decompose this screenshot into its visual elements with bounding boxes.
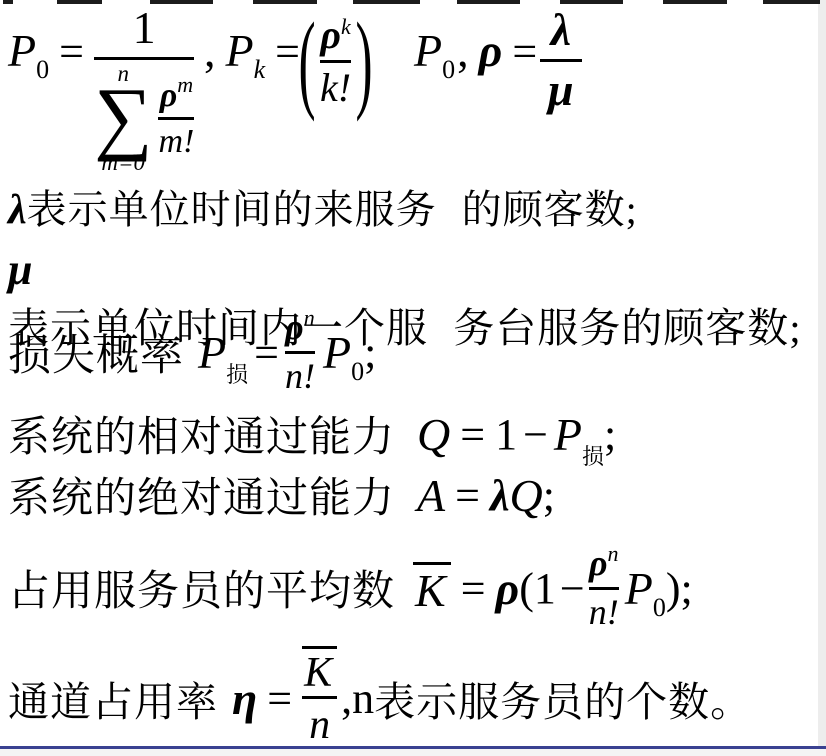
paren-numerator: ρk xyxy=(320,12,350,58)
right-edge-strip xyxy=(818,0,826,756)
artifact-dash xyxy=(353,0,420,4)
definition-text: 表示单位时间的来服务 的顾客数; xyxy=(27,187,638,232)
var-n-roman: n xyxy=(352,673,374,724)
sup-n: n xyxy=(304,305,315,330)
equals: = xyxy=(455,470,480,521)
var-eta: η xyxy=(232,672,257,725)
bottom-margin-strip xyxy=(0,749,826,756)
p-loss: P损 xyxy=(554,408,604,461)
open-paren-one: (1 xyxy=(519,563,556,614)
fraction-bar xyxy=(285,351,315,354)
fraction-bar xyxy=(158,117,194,120)
number-one: 1 xyxy=(495,409,517,460)
sub-0: 0 xyxy=(351,357,364,386)
var-mu: μ xyxy=(540,64,582,117)
equals: = xyxy=(460,409,485,460)
denominator: n! xyxy=(589,592,619,633)
comma: , xyxy=(341,673,352,724)
label: 系统的绝对通过能力 xyxy=(8,465,395,525)
var-rho: ρ xyxy=(496,562,520,615)
comma: , xyxy=(457,25,469,76)
sub-loss: 损 xyxy=(226,362,248,387)
formula-absolute-throughput: 系统的绝对通过能力 A = λ Q ; xyxy=(8,470,555,520)
artifact-dash xyxy=(3,0,13,4)
formula-mean-busy-servers: 占用服务员的平均数 K = ρ (1 − ρn n! P0 ); xyxy=(8,540,693,636)
formula-p0-pk-rho: P0= 1 n ∑ m=0 ρm m! ,Pk= ( xyxy=(0,0,826,166)
formula-channel-utilization: 通道占用率 η = K n , n 表示服务员的个数。 xyxy=(8,648,752,748)
var-A: A xyxy=(417,469,445,522)
var-rho: ρ xyxy=(160,77,178,114)
label: 通道占用率 xyxy=(8,669,218,728)
fraction-bar xyxy=(302,696,337,699)
minus-sign: − xyxy=(560,563,585,614)
lambda-mu-fraction: λ μ xyxy=(540,4,582,117)
var-P: P xyxy=(323,327,351,378)
sup-m: m xyxy=(177,72,193,97)
equals: = xyxy=(512,27,537,76)
label: 系统的相对通过能力 xyxy=(8,404,395,464)
var-P: P xyxy=(198,327,226,378)
fraction-bar xyxy=(589,587,619,590)
main-fraction: 1 n ∑ m=0 ρm m! xyxy=(94,2,194,174)
var-P: P xyxy=(554,409,582,460)
semicolon: ; xyxy=(604,409,616,460)
artifact-dash xyxy=(150,0,213,4)
k-bar: K xyxy=(302,646,337,694)
var-rho: ρ xyxy=(479,25,503,76)
paren-group: ( ρk k! ) xyxy=(298,6,373,116)
formula-loss-probability: 损失概率 P损 = ρn n! P0 ; xyxy=(8,306,376,398)
denominator: n! xyxy=(285,356,315,397)
sub-loss: 损 xyxy=(582,444,604,469)
var-lambda: λ xyxy=(490,470,510,521)
label: 损失概率 xyxy=(8,322,184,383)
artifact-dash xyxy=(663,0,727,4)
sub-0: 0 xyxy=(653,593,666,622)
var-K: K xyxy=(304,650,332,696)
var-P: P xyxy=(226,25,254,76)
inner-numerator: ρm xyxy=(160,76,193,115)
summation: n ∑ m=0 xyxy=(94,62,152,174)
sup-n: n xyxy=(607,541,618,566)
var-Q: Q xyxy=(417,408,450,461)
k-bar: K xyxy=(413,562,451,614)
artifact-dash xyxy=(560,0,623,4)
artifact-dash xyxy=(57,0,102,4)
fraction-bar xyxy=(320,60,351,63)
fraction-numerator: 1 xyxy=(133,2,156,55)
sub-k: k xyxy=(254,55,266,84)
rho-n-fraction: ρn n! xyxy=(589,543,619,633)
semicolon: ; xyxy=(543,470,555,521)
var-lambda: λ xyxy=(8,187,27,233)
var-rho: ρ xyxy=(285,307,304,347)
equals: = xyxy=(59,27,84,76)
tail-text: 表示服务员的个数。 xyxy=(374,669,752,728)
equals: = xyxy=(267,673,292,724)
var-lambda: λ xyxy=(543,4,579,57)
fraction-bar xyxy=(94,57,194,60)
var-P: P xyxy=(8,25,36,76)
left-paren: ( xyxy=(298,6,315,117)
pk-lhs: ,Pk= xyxy=(204,24,310,77)
k-over-n-fraction: K n xyxy=(302,646,337,749)
sub-0: 0 xyxy=(442,55,455,84)
inner-fraction: ρm m! xyxy=(158,76,194,161)
lambda-definition: λ表示单位时间的来服务 的顾客数; xyxy=(8,178,638,235)
minus-sign: − xyxy=(523,409,548,460)
fraction-bar xyxy=(540,59,582,62)
paren-fraction: ρk k! xyxy=(320,12,351,111)
rho-n-fraction: ρn n! xyxy=(285,307,315,397)
inner-denominator: m! xyxy=(158,122,194,161)
sub-0: 0 xyxy=(36,55,49,84)
p0: P0 xyxy=(323,326,364,379)
sup-k: k xyxy=(341,14,351,39)
label: 占用服务员的平均数 xyxy=(8,558,395,618)
equals: = xyxy=(254,327,279,378)
var-K: K xyxy=(415,565,446,616)
var-Q: Q xyxy=(509,469,542,522)
numerator: ρn xyxy=(589,543,619,584)
artifact-dash xyxy=(457,0,520,4)
p0: P0 xyxy=(625,562,666,615)
var-mu: μ xyxy=(8,245,32,294)
var-n: n xyxy=(309,701,330,749)
fraction-denominator: n ∑ m=0 ρm m! xyxy=(94,62,194,174)
bottom-divider-rule xyxy=(0,746,826,749)
semicolon: ; xyxy=(364,327,376,378)
rho-lhs: P0,ρ= xyxy=(414,24,547,77)
paren-denominator: k! xyxy=(320,65,351,111)
var-rho: ρ xyxy=(589,543,608,583)
equals: = xyxy=(461,563,486,614)
artifact-dash xyxy=(763,0,820,4)
sum-lower-limit: m=0 xyxy=(101,151,145,174)
sigma-symbol: ∑ xyxy=(94,85,152,149)
slide: P0= 1 n ∑ m=0 ρm m! ,Pk= ( xyxy=(0,0,826,756)
p-loss: P损 xyxy=(198,326,248,379)
var-P: P xyxy=(625,563,653,614)
equals: = xyxy=(275,27,300,76)
comma: , xyxy=(204,25,216,76)
formula-relative-throughput: 系统的相对通过能力 Q = 1 − P损 ; xyxy=(8,408,616,460)
var-P: P xyxy=(414,25,442,76)
p0-lhs: P0= xyxy=(8,24,94,77)
artifact-dash xyxy=(253,0,317,4)
close-paren-semicolon: ); xyxy=(666,563,693,614)
numerator: ρn xyxy=(285,307,315,348)
var-rho: ρ xyxy=(320,12,341,57)
right-paren: ) xyxy=(356,6,373,117)
